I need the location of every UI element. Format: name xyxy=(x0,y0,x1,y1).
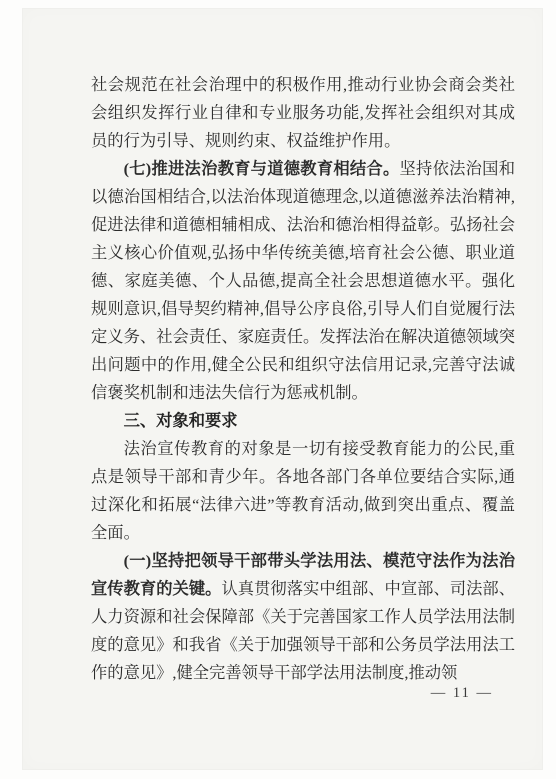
section-heading: 三、对象和要求 xyxy=(91,407,515,435)
page-number: — 11 — xyxy=(431,685,493,701)
document-body: 社会规范在社会治理中的积极作用,推动行业协会商会类社会组织发挥行业自律和专业服务… xyxy=(91,71,515,687)
page-footer: — 11 — xyxy=(91,685,515,702)
paragraph: (一)坚持把领导干部带头学法用法、模范守法作为法治宣传教育的关键。认真贯彻落实中… xyxy=(91,547,515,687)
paragraph: 法治宣传教育的对象是一切有接受教育能力的公民,重点是领导干部和青少年。各地各部门… xyxy=(91,435,515,547)
paragraph: (七)推进法治教育与道德教育相结合。坚持依法治国和以德治国相结合,以法治体现道德… xyxy=(91,155,515,407)
paragraph: 社会规范在社会治理中的积极作用,推动行业协会商会类社会组织发挥行业自律和专业服务… xyxy=(91,71,515,155)
document-page: 社会规范在社会治理中的积极作用,推动行业协会商会类社会组织发挥行业自律和专业服务… xyxy=(22,8,543,770)
paragraph-text: 坚持依法治国和以德治国相结合,以法治体现道德理念,以道德滋养法治精神,促进法律和… xyxy=(91,159,515,402)
paragraph-text: 三、对象和要求 xyxy=(124,411,238,430)
paragraph-text: 社会规范在社会治理中的积极作用,推动行业协会商会类社会组织发挥行业自律和专业服务… xyxy=(91,75,515,150)
paragraph-text: 法治宣传教育的对象是一切有接受教育能力的公民,重点是领导干部和青少年。各地各部门… xyxy=(91,439,515,542)
paragraph-lead-bold: (七)推进法治教育与道德教育相结合。 xyxy=(124,159,400,178)
